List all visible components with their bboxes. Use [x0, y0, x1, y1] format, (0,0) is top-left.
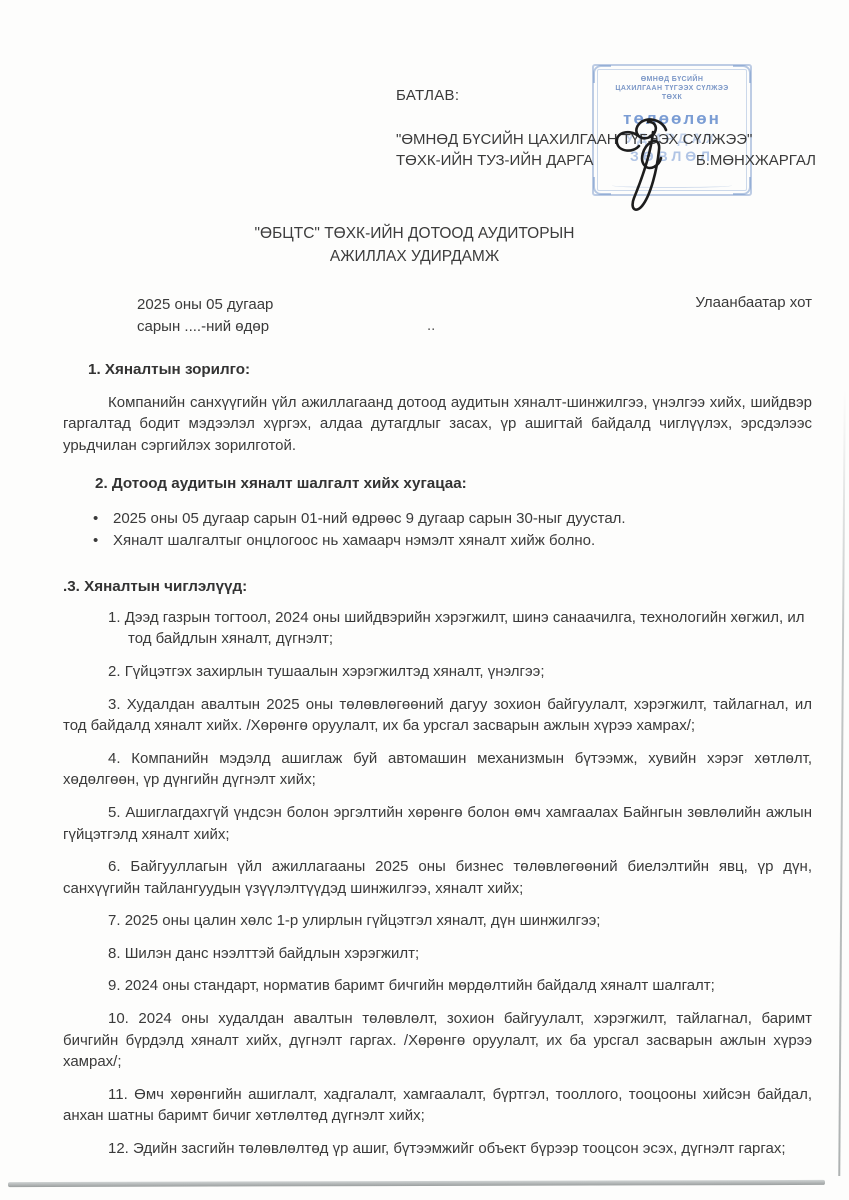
approver-name: Б.МӨНХЖАРГАЛ [696, 151, 816, 170]
list-item: 5. Ашиглагдахгүй үндсэн болон эргэлтийн … [63, 802, 812, 845]
date-block: 2025 оны 05 дугаар сарын ....-ний өдөр [137, 294, 273, 338]
approve-label: БАТЛАВ: [396, 87, 459, 104]
document-title-line2: АЖИЛЛАХ УДИРДАМЖ [0, 245, 829, 268]
document-body: 1. Хяналтын зорилго: Компанийн санхүүгий… [63, 359, 812, 1171]
stamp-org-text: ӨМНӨД БҮСИЙН ЦАХИЛГААН ТҮГЭЭХ СҮЛЖЭЭ ТӨХ… [594, 75, 750, 102]
stamp-org-line1: ӨМНӨД БҮСИЙН [594, 75, 750, 84]
section-2-heading: 2. Дотоод аудитын хяналт шалгалт хийх ху… [95, 473, 812, 495]
item-number: 4. [108, 750, 121, 767]
list-item: 4. Компанийн мэдэлд ашиглаж буй автомаши… [63, 748, 812, 791]
item-text: Байгууллагын үйл ажиллагааны 2025 оны би… [63, 858, 812, 897]
section-1-paragraph: Компанийн санхүүгийн үйл ажиллагаанд дот… [63, 392, 812, 457]
item-number: 11. [108, 1086, 128, 1103]
list-item: 11. Өмч хөрөнгийн ашиглалт, хадгалалт, х… [63, 1084, 812, 1127]
scanned-document-page: БАТЛАВ: "ӨМНӨД БҮСИЙН ЦАХИЛГААН ТҮГЭЭХ С… [0, 0, 849, 1200]
item-number: 1. [108, 609, 121, 626]
signature-graphic [606, 114, 688, 220]
stamp-org-line3: ТӨХК [594, 93, 750, 102]
document-title: "ӨБЦТС" ТӨХК-ИЙН ДОТООД АУДИТОРЫН АЖИЛЛА… [0, 222, 829, 268]
item-text: 2024 оны худалдан авалтын төлөвлөлт, зох… [63, 1010, 812, 1070]
list-item: 2. Гүйцэтгэх захирлын тушаалын хэрэгжилт… [128, 661, 812, 683]
document-title-line1: "ӨБЦТС" ТӨХК-ИЙН ДОТООД АУДИТОРЫН [0, 222, 829, 245]
item-text: 2025 оны цалин хөлс 1-р улирлын гүйцэтгэ… [125, 912, 601, 929]
list-item: 12. Эдийн засгийн төлөвлөлтөд үр ашиг, б… [63, 1138, 812, 1160]
item-text: Шилэн данс нээлттэй байдлын хэрэгжилт; [125, 945, 420, 962]
item-text: Өмч хөрөнгийн ашиглалт, хадгалалт, хамга… [63, 1086, 812, 1125]
section-1-heading: 1. Хяналтын зорилго: [88, 359, 812, 381]
date-line1: 2025 оны 05 дугаар [137, 294, 273, 316]
city-label: Улаанбаатар хот [695, 294, 812, 311]
item-text: Эдийн засгийн төлөвлөлтөд үр ашиг, бүтээ… [133, 1140, 786, 1157]
list-item: 8. Шилэн данс нээлттэй байдлын хэрэгжилт… [63, 943, 812, 965]
item-number: 5. [108, 804, 121, 821]
page-bottom-edge [8, 1180, 825, 1187]
list-item: 1. Дээд газрын тогтоол, 2024 оны шийдвэр… [128, 607, 812, 650]
item-number: 3. [108, 696, 121, 713]
item-number: 8. [108, 945, 121, 962]
stamp-corner-ornament [733, 177, 751, 195]
item-text: Дээд газрын тогтоол, 2024 оны шийдвэрийн… [125, 609, 805, 648]
bullet-item: 2025 оны 05 дугаар сарын 01-ний өдрөөс 9… [63, 508, 812, 530]
item-number: 12. [108, 1140, 129, 1157]
item-number: 10. [108, 1010, 129, 1027]
list-item: 6. Байгууллагын үйл ажиллагааны 2025 оны… [63, 856, 812, 899]
item-number: 2. [108, 663, 121, 680]
stamp-corner-ornament [593, 65, 611, 83]
item-number: 7. [108, 912, 121, 929]
item-number: 9. [108, 977, 121, 994]
list-item: 10. 2024 оны худалдан авалтын төлөвлөлт,… [63, 1008, 812, 1073]
stamp-corner-ornament [733, 65, 751, 83]
stamp-org-line2: ЦАХИЛГААН ТҮГЭЭХ СҮЛЖЭЭ [594, 84, 750, 93]
bullet-item: Хяналт шалгалтыг онцлогоос нь хамаарч нэ… [63, 530, 812, 552]
section-3-heading: .3. Хяналтын чиглэлүүд: [63, 576, 812, 598]
section-3-item-list: 1. Дээд газрын тогтоол, 2024 оны шийдвэр… [63, 607, 812, 1160]
item-text: Компанийн мэдэлд ашиглаж буй автомашин м… [63, 750, 812, 789]
list-item: 3. Худалдан авалтын 2025 оны төлөвлөгөөн… [63, 694, 812, 737]
page-right-edge [838, 390, 845, 1176]
section-2-bullet-list: 2025 оны 05 дугаар сарын 01-ний өдрөөс 9… [63, 508, 812, 551]
item-text: Гүйцэтгэх захирлын тушаалын хэрэгжилтэд … [125, 663, 545, 680]
date-dots-artifact: .. [427, 317, 435, 334]
item-text: Ашиглагдахгүй үндсэн болон эргэлтийн хөр… [63, 804, 812, 843]
item-text: 2024 оны стандарт, норматив баримт бичги… [125, 977, 715, 994]
item-text: Худалдан авалтын 2025 оны төлөвлөгөөний … [63, 696, 812, 735]
date-line2: сарын ....-ний өдөр [137, 316, 273, 338]
approver-position: ТӨХК-ИЙН ТУЗ-ИЙН ДАРГА [396, 151, 593, 170]
item-number: 6. [108, 858, 121, 875]
list-item: 9. 2024 оны стандарт, норматив баримт би… [63, 975, 812, 997]
list-item: 7. 2025 оны цалин хөлс 1-р улирлын гүйцэ… [63, 910, 812, 932]
